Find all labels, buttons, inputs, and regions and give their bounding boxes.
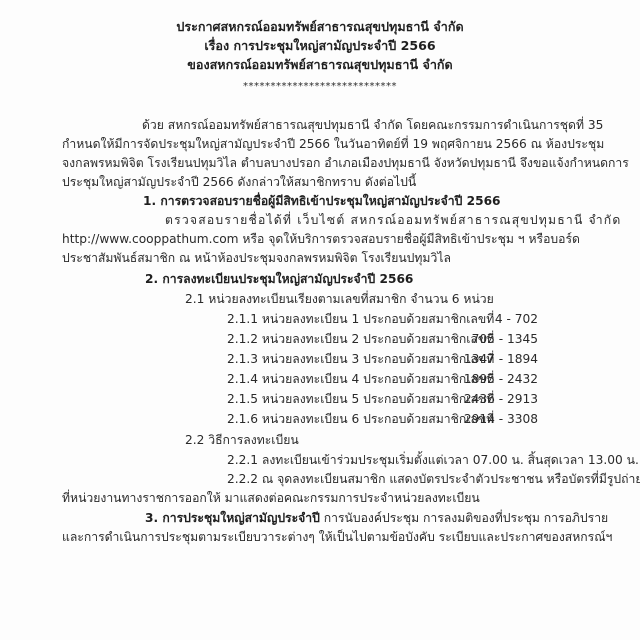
unit-member-range: 2436 - 2913 <box>448 390 538 408</box>
header-organization: ของสหกรณ์ออมทรัพย์สาธารณสุขปทุมธานี จำกั… <box>0 56 640 74</box>
unit-member-range: 1347 - 1894 <box>448 350 538 368</box>
intro-line-4: ประชุมใหญ่สามัญประจำปี 2566 ดังกล่าวให้ส… <box>62 173 416 191</box>
section3-line-2: และการดำเนินการประชุมตามระเบียบวาระต่างๆ… <box>62 528 612 546</box>
section1-heading: 1. การตรวจสอบรายชื่อผู้มีสิทธิเข้าประชุม… <box>143 192 501 210</box>
header-title: ประกาศสหกรณ์ออมทรัพย์สาธารณสุขปทุมธานี จ… <box>0 18 640 36</box>
intro-line-2: กำหนดให้มีการจัดประชุมใหญ่สามัญประจำปี 2… <box>62 135 604 153</box>
section1-line-1: ตรวจสอบรายชื่อได้ที่ เว็บไซต์ สหกรณ์ออมท… <box>165 211 621 229</box>
unit-member-range: 4 - 702 <box>448 310 538 328</box>
separator: **************************** <box>0 78 640 96</box>
announcement-document: ประกาศสหกรณ์ออมทรัพย์สาธารณสุขปทุมธานี จ… <box>0 0 640 640</box>
section2-sub2: 2.2 วิธีการลงทะเบียน <box>185 431 299 449</box>
section2-sub1: 2.1 หน่วยลงทะเบียนเรียงตามเลขที่สมาชิก จ… <box>185 290 494 308</box>
unit-member-range: 705 - 1345 <box>448 330 538 348</box>
intro-line-3: จงกลพรหมพิจิต โรงเรียนปทุมวิไล ตำบลบางปร… <box>62 154 629 172</box>
section2-sub2-2-cont: ที่หน่วยงานทางราชการออกให้ มาแสดงต่อคณะก… <box>62 489 480 507</box>
unit-member-range: 2914 - 3308 <box>448 410 538 428</box>
section1-line-2: http://www.cooppathum.com หรือ จุดให้บริ… <box>62 230 580 248</box>
section2-sub2-1: 2.2.1 ลงทะเบียนเข้าร่วมประชุมเริ่มตั้งแต… <box>227 451 639 469</box>
section1-line-3: ประชาสัมพันธ์สมาชิก ณ หน้าห้องประชุมจงกล… <box>62 249 451 267</box>
section3-line-1: 3. การประชุมใหญ่สามัญประจำปี การนับองค์ป… <box>145 509 608 527</box>
header-subject: เรื่อง การประชุมใหญ่สามัญประจำปี 2566 <box>0 37 640 55</box>
section2-sub2-2: 2.2.2 ณ จุดลงทะเบียนสมาชิก แสดงบัตรประจำ… <box>227 470 640 488</box>
unit-member-range: 1895 - 2432 <box>448 370 538 388</box>
section3-heading: 3. การประชุมใหญ่สามัญประจำปี <box>145 511 320 525</box>
section2-heading: 2. การลงทะเบียนประชุมใหญ่สามัญประจำปี 25… <box>145 270 413 288</box>
intro-line-1: ด้วย สหกรณ์ออมทรัพย์สาธารณสุขปทุมธานี จำ… <box>142 116 603 134</box>
section3-text: การนับองค์ประชุม การลงมติของที่ประชุม กา… <box>320 511 608 525</box>
